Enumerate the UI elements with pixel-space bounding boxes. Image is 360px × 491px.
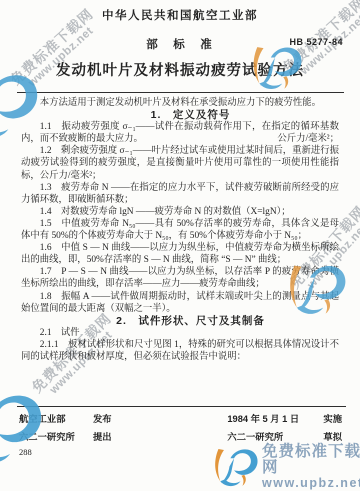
draft-label: 草拟 bbox=[323, 429, 342, 443]
document-footer: 航空工业部 发布 六二一研究所 提出 1984 年 5 月 1 日 实施 六二一… bbox=[0, 406, 360, 457]
propose-label: 提出 bbox=[93, 429, 112, 443]
ministry-name: 中华人民共和国航空工业部 bbox=[0, 0, 360, 23]
implementation-date: 1984 年 5 月 1 日 bbox=[227, 411, 323, 425]
footer-proposer-row: 六二一研究所 提出 bbox=[19, 429, 112, 443]
publish-label: 发布 bbox=[93, 411, 112, 425]
proposer-name: 六二一研究所 bbox=[19, 429, 93, 443]
section-1-heading: 1. 定义及符号 bbox=[21, 109, 339, 121]
section-2-heading: 2. 试件形状、尺寸及其制备 bbox=[21, 315, 339, 327]
clause-1-4: 1.4 对数疲劳寿命 lgN ——疲劳寿命 N 的对数值（X=lgN）； bbox=[21, 206, 339, 218]
page-number: 288 bbox=[0, 446, 360, 457]
footer-left-column: 航空工业部 发布 六二一研究所 提出 bbox=[19, 411, 112, 446]
clause-1-6: 1.6 中值 S — N 曲线——以应力为纵坐标，中值疲劳寿命为横坐标所绘出的曲… bbox=[21, 242, 339, 266]
clause-1-7: 1.7 P — S — N 曲线——以应力为纵坐标，以存活率 P 的疲劳寿命为横… bbox=[21, 266, 339, 290]
footer-rows: 航空工业部 发布 六二一研究所 提出 1984 年 5 月 1 日 实施 六二一… bbox=[0, 407, 360, 446]
clause-2-1-1: 2.1.1 板材试样形状和尺寸见图 1，特殊的研究可以根据具体情况设计不同的试样… bbox=[21, 339, 339, 363]
clause-1-1: 1.1 振动疲劳强度 σ₋₁——试件在振动载荷作用下，在指定的循环基数内，而不致… bbox=[21, 121, 339, 145]
publisher-name: 航空工业部 bbox=[19, 411, 93, 425]
implement-label: 实施 bbox=[323, 411, 342, 425]
clause-1-8: 1.8 振幅 A ——试件做周期振动时，试样末端或叶尖上的测量点与其起始位置间的… bbox=[21, 291, 339, 315]
document-body: 本方法适用于测定发动机叶片及材料在承受振动应力下的疲劳性能。 1. 定义及符号 … bbox=[0, 93, 360, 363]
intro-paragraph: 本方法适用于测定发动机叶片及材料在承受振动应力下的疲劳性能。 bbox=[21, 97, 339, 109]
footer-right-column: 1984 年 5 月 1 日 实施 六二一研究所 草拟 bbox=[227, 411, 342, 446]
clause-1-5: 1.5 中值疲劳寿命 N₅₀——具有 50%存活率的疲劳寿命，具体含义是母体中有… bbox=[21, 218, 339, 242]
standard-number: HB 5277-84 bbox=[289, 37, 343, 47]
footer-date-row: 1984 年 5 月 1 日 实施 bbox=[227, 411, 342, 425]
site-url-label: www.upbz.net bbox=[262, 477, 360, 490]
drafter-name: 六二一研究所 bbox=[227, 429, 323, 443]
standard-type-row: 部 标 准 HB 5277-84 bbox=[0, 35, 360, 49]
standard-type: 部 标 准 bbox=[146, 39, 214, 51]
footer-drafter-row: 六二一研究所 草拟 bbox=[227, 429, 342, 443]
clause-1-2: 1.2 剩余疲劳强度 σ₋₁——叶片经过试车或使用过某时间后，重新进行振动疲劳试… bbox=[21, 145, 339, 181]
document-title: 发动机叶片及材料振动疲劳试验方法 bbox=[0, 59, 360, 80]
clause-1-3: 1.3 疲劳寿命 N ——在指定的应力水平下，试件疲劳破断前所经受的应力循环数，… bbox=[21, 182, 339, 206]
footer-publisher-row: 航空工业部 发布 bbox=[19, 411, 112, 425]
clause-2-1: 2.1 试件 bbox=[21, 327, 339, 339]
clause-1-1-unit: 公斤力/毫米²； bbox=[277, 133, 339, 145]
scanned-standard-page: 免费标准下载网 www.upbz.net 免费标准下载网 www.upbz.ne… bbox=[0, 0, 360, 491]
